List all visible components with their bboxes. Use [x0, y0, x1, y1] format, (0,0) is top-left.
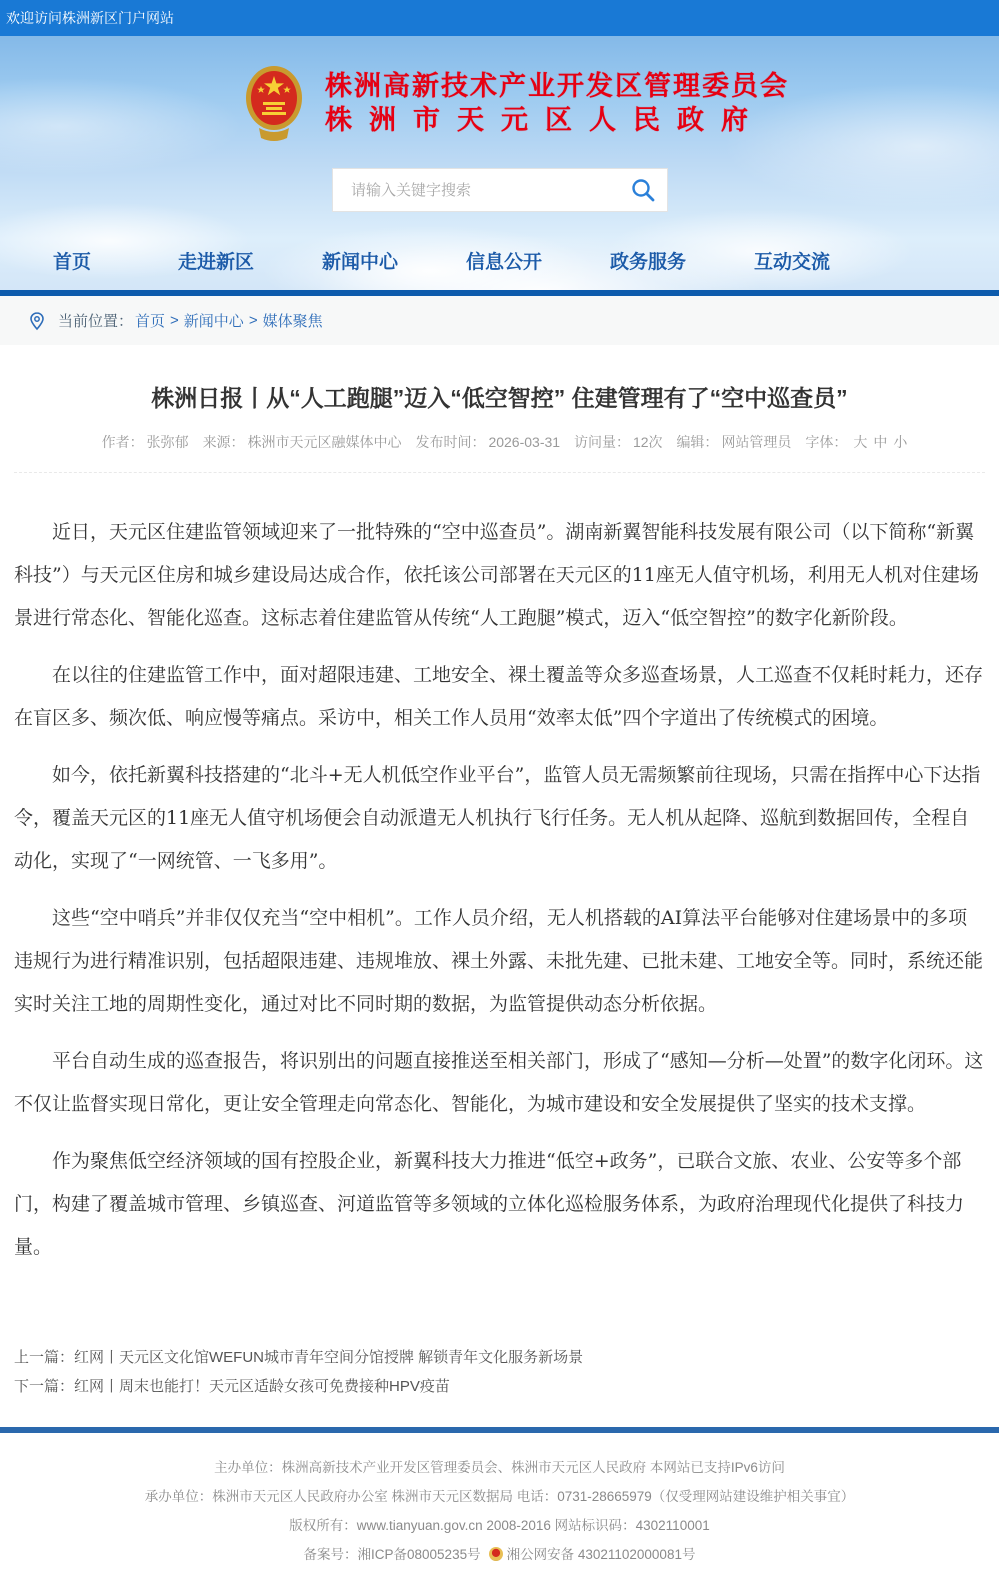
nav-item-info[interactable]: 信息公开 [432, 236, 576, 290]
footer-organizer-line: 承办单位：株洲市天元区人民政府办公室 株洲市天元区数据局 电话：0731-286… [0, 1482, 999, 1511]
article-pager: 上一篇：红网丨天元区文化馆WEFUN城市青年空间分馆授牌 解锁青年文化服务新场景… [14, 1343, 985, 1427]
footer-copyright-line: 版权所有：www.tianyuan.gov.cn 2008-2016 网站标识码… [0, 1511, 999, 1540]
article-title: 株洲日报丨从“人工跑腿”迈入“低空智控” 住建管理有了“空中巡查员” [14, 360, 985, 414]
font-size-label: 字体： [805, 434, 847, 450]
next-article-label: 下一篇： [14, 1378, 74, 1395]
article-paragraph: 这些“空中哨兵”并非仅仅充当“空中相机”。工作人员介绍，无人机搭载的AI算法平台… [14, 897, 985, 1026]
footer-icp-line: 备案号：湘ICP备08005235号湘公网安备 43021102000081号 [0, 1540, 999, 1569]
article-container: 株洲日报丨从“人工跑腿”迈入“低空智控” 住建管理有了“空中巡查员” 作者：张弥… [0, 360, 999, 1427]
article-meta: 作者：张弥郁 来源：株洲市天元区融媒体中心 发布时间：2026-03-31 访问… [14, 432, 985, 452]
article-paragraph: 在以往的住建监管工作中，面对超限违建、工地安全、裸土覆盖等众多巡查场景，人工巡查… [14, 654, 985, 740]
visits-value: 12次 [633, 434, 663, 450]
next-article-link[interactable]: 红网丨周末也能打！天元区适龄女孩可免费接种HPV疫苗 [74, 1378, 450, 1395]
nav-item-about[interactable]: 走进新区 [144, 236, 288, 290]
author-label: 作者： [102, 434, 144, 450]
breadcrumb-link-news[interactable]: 新闻中心 [184, 310, 244, 331]
site-header: 株洲高新技术产业开发区管理委员会 株洲市天元区人民政府 首页 走进新区 新闻中心… [0, 36, 999, 296]
public-security-record-link[interactable]: 湘公网安备 43021102000081号 [507, 1547, 696, 1562]
source-value: 株洲市天元区融媒体中心 [248, 434, 402, 450]
author-value: 张弥郁 [147, 434, 189, 450]
article-paragraph: 平台自动生成的巡查报告，将识别出的问题直接推送至相关部门，形成了“感知—分析—处… [14, 1040, 985, 1126]
search-input[interactable] [333, 182, 619, 199]
editor-label: 编辑： [676, 434, 718, 450]
article-paragraph: 作为聚焦低空经济领域的国有控股企业，新翼科技大力推进“低空+政务”，已联合文旅、… [14, 1140, 985, 1269]
editor-value: 网站管理员 [721, 434, 791, 450]
icp-record-link[interactable]: 备案号：湘ICP备08005235号 [304, 1547, 481, 1562]
breadcrumb-separator: > [170, 312, 179, 329]
nav-item-home[interactable]: 首页 [0, 236, 144, 290]
breadcrumb: 当前位置： 首页 > 新闻中心 > 媒体聚焦 [0, 296, 999, 345]
next-article-row: 下一篇：红网丨周末也能打！天元区适龄女孩可免费接种HPV疫苗 [14, 1372, 985, 1401]
prev-article-label: 上一篇： [14, 1349, 74, 1366]
search-box [332, 168, 668, 212]
source-label: 来源： [203, 434, 245, 450]
welcome-text: 欢迎访问株洲新区门户网站 [6, 10, 174, 26]
main-nav: 首页 走进新区 新闻中心 信息公开 政务服务 互动交流 [0, 236, 999, 296]
font-size-large[interactable]: 大 [853, 434, 867, 450]
breadcrumb-link-media[interactable]: 媒体聚焦 [263, 310, 323, 331]
org-title-line1: 株洲高新技术产业开发区管理委员会 [325, 69, 789, 103]
publish-date: 2026-03-31 [488, 434, 560, 450]
search-icon [630, 177, 656, 203]
breadcrumb-link-home[interactable]: 首页 [135, 310, 165, 331]
topbar: 欢迎访问株洲新区门户网站 [0, 0, 999, 36]
police-badge-icon [489, 1547, 503, 1561]
breadcrumb-label: 当前位置： [58, 310, 133, 331]
national-emblem-icon [243, 64, 305, 142]
prev-article-row: 上一篇：红网丨天元区文化馆WEFUN城市青年空间分馆授牌 解锁青年文化服务新场景 [14, 1343, 985, 1372]
nav-item-interact[interactable]: 互动交流 [720, 236, 864, 290]
font-size-medium[interactable]: 中 [873, 434, 887, 450]
location-pin-icon [28, 311, 46, 331]
site-brand: 株洲高新技术产业开发区管理委员会 株洲市天元区人民政府 [243, 64, 789, 142]
brand-title: 株洲高新技术产业开发区管理委员会 株洲市天元区人民政府 [325, 69, 789, 137]
publish-label: 发布时间： [415, 434, 485, 450]
nav-item-news[interactable]: 新闻中心 [288, 236, 432, 290]
nav-item-services[interactable]: 政务服务 [576, 236, 720, 290]
footer-sponsor-line: 主办单位：株洲高新技术产业开发区管理委员会、株洲市天元区人民政府 本网站已支持I… [0, 1453, 999, 1482]
search-button[interactable] [619, 169, 667, 211]
article-paragraph: 如今，依托新翼科技搭建的“北斗+无人机低空作业平台”，监管人员无需频繁前往现场，… [14, 754, 985, 883]
prev-article-link[interactable]: 红网丨天元区文化馆WEFUN城市青年空间分馆授牌 解锁青年文化服务新场景 [74, 1349, 583, 1366]
article-body: 近日，天元区住建监管领域迎来了一批特殊的“空中巡查员”。湖南新翼智能科技发展有限… [14, 473, 985, 1269]
article-paragraph: 近日，天元区住建监管领域迎来了一批特殊的“空中巡查员”。湖南新翼智能科技发展有限… [14, 511, 985, 640]
visits-label: 访问量： [574, 434, 630, 450]
site-footer: 主办单位：株洲高新技术产业开发区管理委员会、株洲市天元区人民政府 本网站已支持I… [0, 1433, 999, 1595]
breadcrumb-separator: > [249, 312, 258, 329]
org-title-line2: 株洲市天元区人民政府 [325, 103, 789, 137]
font-size-small[interactable]: 小 [893, 434, 907, 450]
